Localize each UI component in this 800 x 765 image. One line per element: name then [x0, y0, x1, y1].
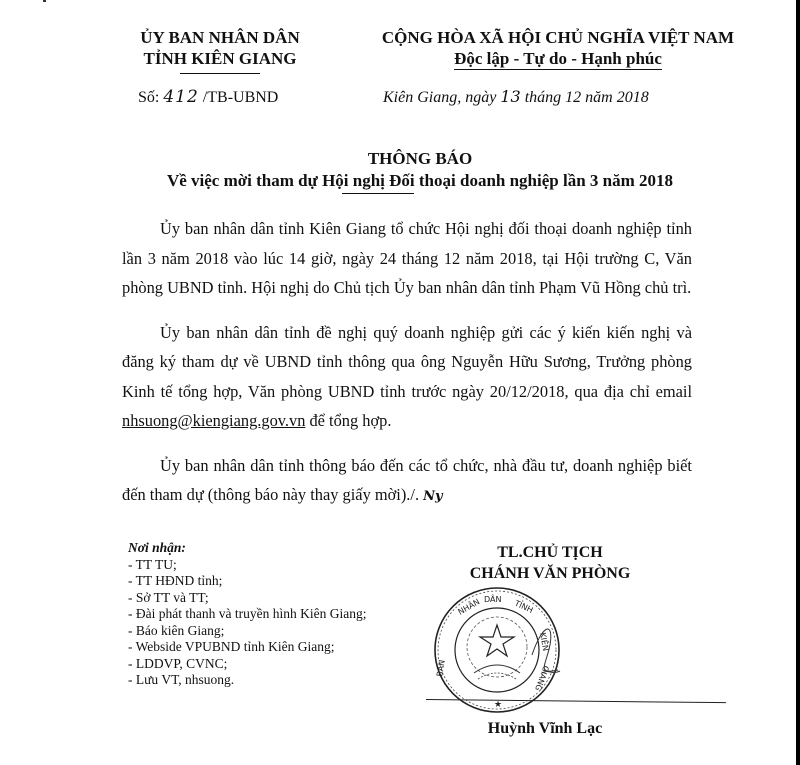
subject-underline	[342, 193, 414, 194]
svg-text:★: ★	[494, 700, 502, 710]
document-title: THÔNG BÁO Về việc mời tham dự Hội nghị Đ…	[120, 148, 720, 192]
national-header: CỘNG HÒA XÃ HỘI CHỦ NGHĨA VIỆT NAM Độc l…	[338, 27, 778, 70]
svg-text:DÂN: DÂN	[484, 593, 501, 604]
number-prefix: Số:	[138, 89, 163, 106]
scan-edge-border	[796, 0, 800, 765]
paragraph-3-text: Ủy ban nhân dân tỉnh thông báo đến các t…	[122, 456, 692, 505]
recipients-heading: Nơi nhận:	[128, 540, 366, 557]
recipients-list: Nơi nhận: - TT TU; - TT HĐND tỉnh; - Sở …	[128, 540, 366, 689]
document-number: Số: 412 /TB-UBND	[138, 87, 278, 107]
date-suffix: tháng 12 năm 2018	[521, 89, 649, 106]
agency-line-1: ỦY BAN NHÂN DÂN	[124, 27, 316, 48]
svg-text:BAN: BAN	[435, 659, 447, 677]
scan-speck	[43, 0, 46, 2]
body-paragraph-3: Ủy ban nhân dân tỉnh thông báo đến các t…	[122, 451, 692, 512]
recipient-item: - Sở TT và TT;	[128, 590, 366, 607]
recipient-item: - Báo kiên Giang;	[128, 623, 366, 640]
recipient-item: - LDDVP, CVNC;	[128, 656, 366, 673]
handwritten-day: 13	[500, 87, 520, 106]
svg-text:GIANG: GIANG	[533, 664, 550, 692]
svg-text:NHÂN: NHÂN	[456, 595, 482, 616]
paragraph-2-text: Ủy ban nhân dân tỉnh đề nghị quý doanh n…	[122, 323, 692, 401]
body-paragraph-1: Ủy ban nhân dân tỉnh Kiên Giang tổ chức …	[122, 214, 692, 303]
country-name: CỘNG HÒA XÃ HỘI CHỦ NGHĨA VIỆT NAM	[338, 27, 778, 48]
date-prefix: Kiên Giang, ngày	[383, 89, 500, 106]
issuing-agency: ỦY BAN NHÂN DÂN TỈNH KIÊN GIANG	[124, 27, 316, 74]
paragraph-2-end: để tổng hợp.	[305, 411, 391, 430]
recipient-item: - Lưu VT, nhsuong.	[128, 672, 366, 689]
title-main: THÔNG BÁO	[120, 148, 720, 170]
contact-email-link[interactable]: nhsuong@kiengiang.gov.vn	[122, 411, 305, 430]
title-subject: Về việc mời tham dự Hội nghị Đối thoại d…	[120, 170, 720, 192]
official-seal-icon: NHÂN DÂN TỈNH KIÊN GIANG BAN ★	[432, 585, 562, 715]
agency-underline	[180, 73, 260, 74]
document-body: Ủy ban nhân dân tỉnh Kiên Giang tổ chức …	[122, 214, 692, 527]
body-paragraph-2: Ủy ban nhân dân tỉnh đề nghị quý doanh n…	[122, 318, 692, 436]
signature-title-2: CHÁNH VĂN PHÒNG	[440, 563, 660, 584]
recipient-item: - TT HĐND tỉnh;	[128, 573, 366, 590]
handwritten-number: 412	[163, 87, 198, 107]
document-date: Kiên Giang, ngày 13 tháng 12 năm 2018	[383, 87, 649, 107]
signer-name: Huỳnh Vĩnh Lạc	[470, 720, 620, 738]
agency-line-2: TỈNH KIÊN GIANG	[124, 48, 316, 69]
number-suffix: /TB-UBND	[199, 89, 279, 106]
signature-block: TL.CHỦ TỊCH CHÁNH VĂN PHÒNG	[440, 542, 660, 584]
recipient-item: - TT TU;	[128, 557, 366, 574]
national-motto: Độc lập - Tự do - Hạnh phúc	[454, 49, 662, 70]
handwritten-initials: Ny	[423, 489, 442, 504]
recipient-item: - Đài phát thanh và truyền hình Kiên Gia…	[128, 606, 366, 623]
recipient-item: - Webside VPUBND tỉnh Kiên Giang;	[128, 639, 366, 656]
signature-title-1: TL.CHỦ TỊCH	[440, 542, 660, 563]
